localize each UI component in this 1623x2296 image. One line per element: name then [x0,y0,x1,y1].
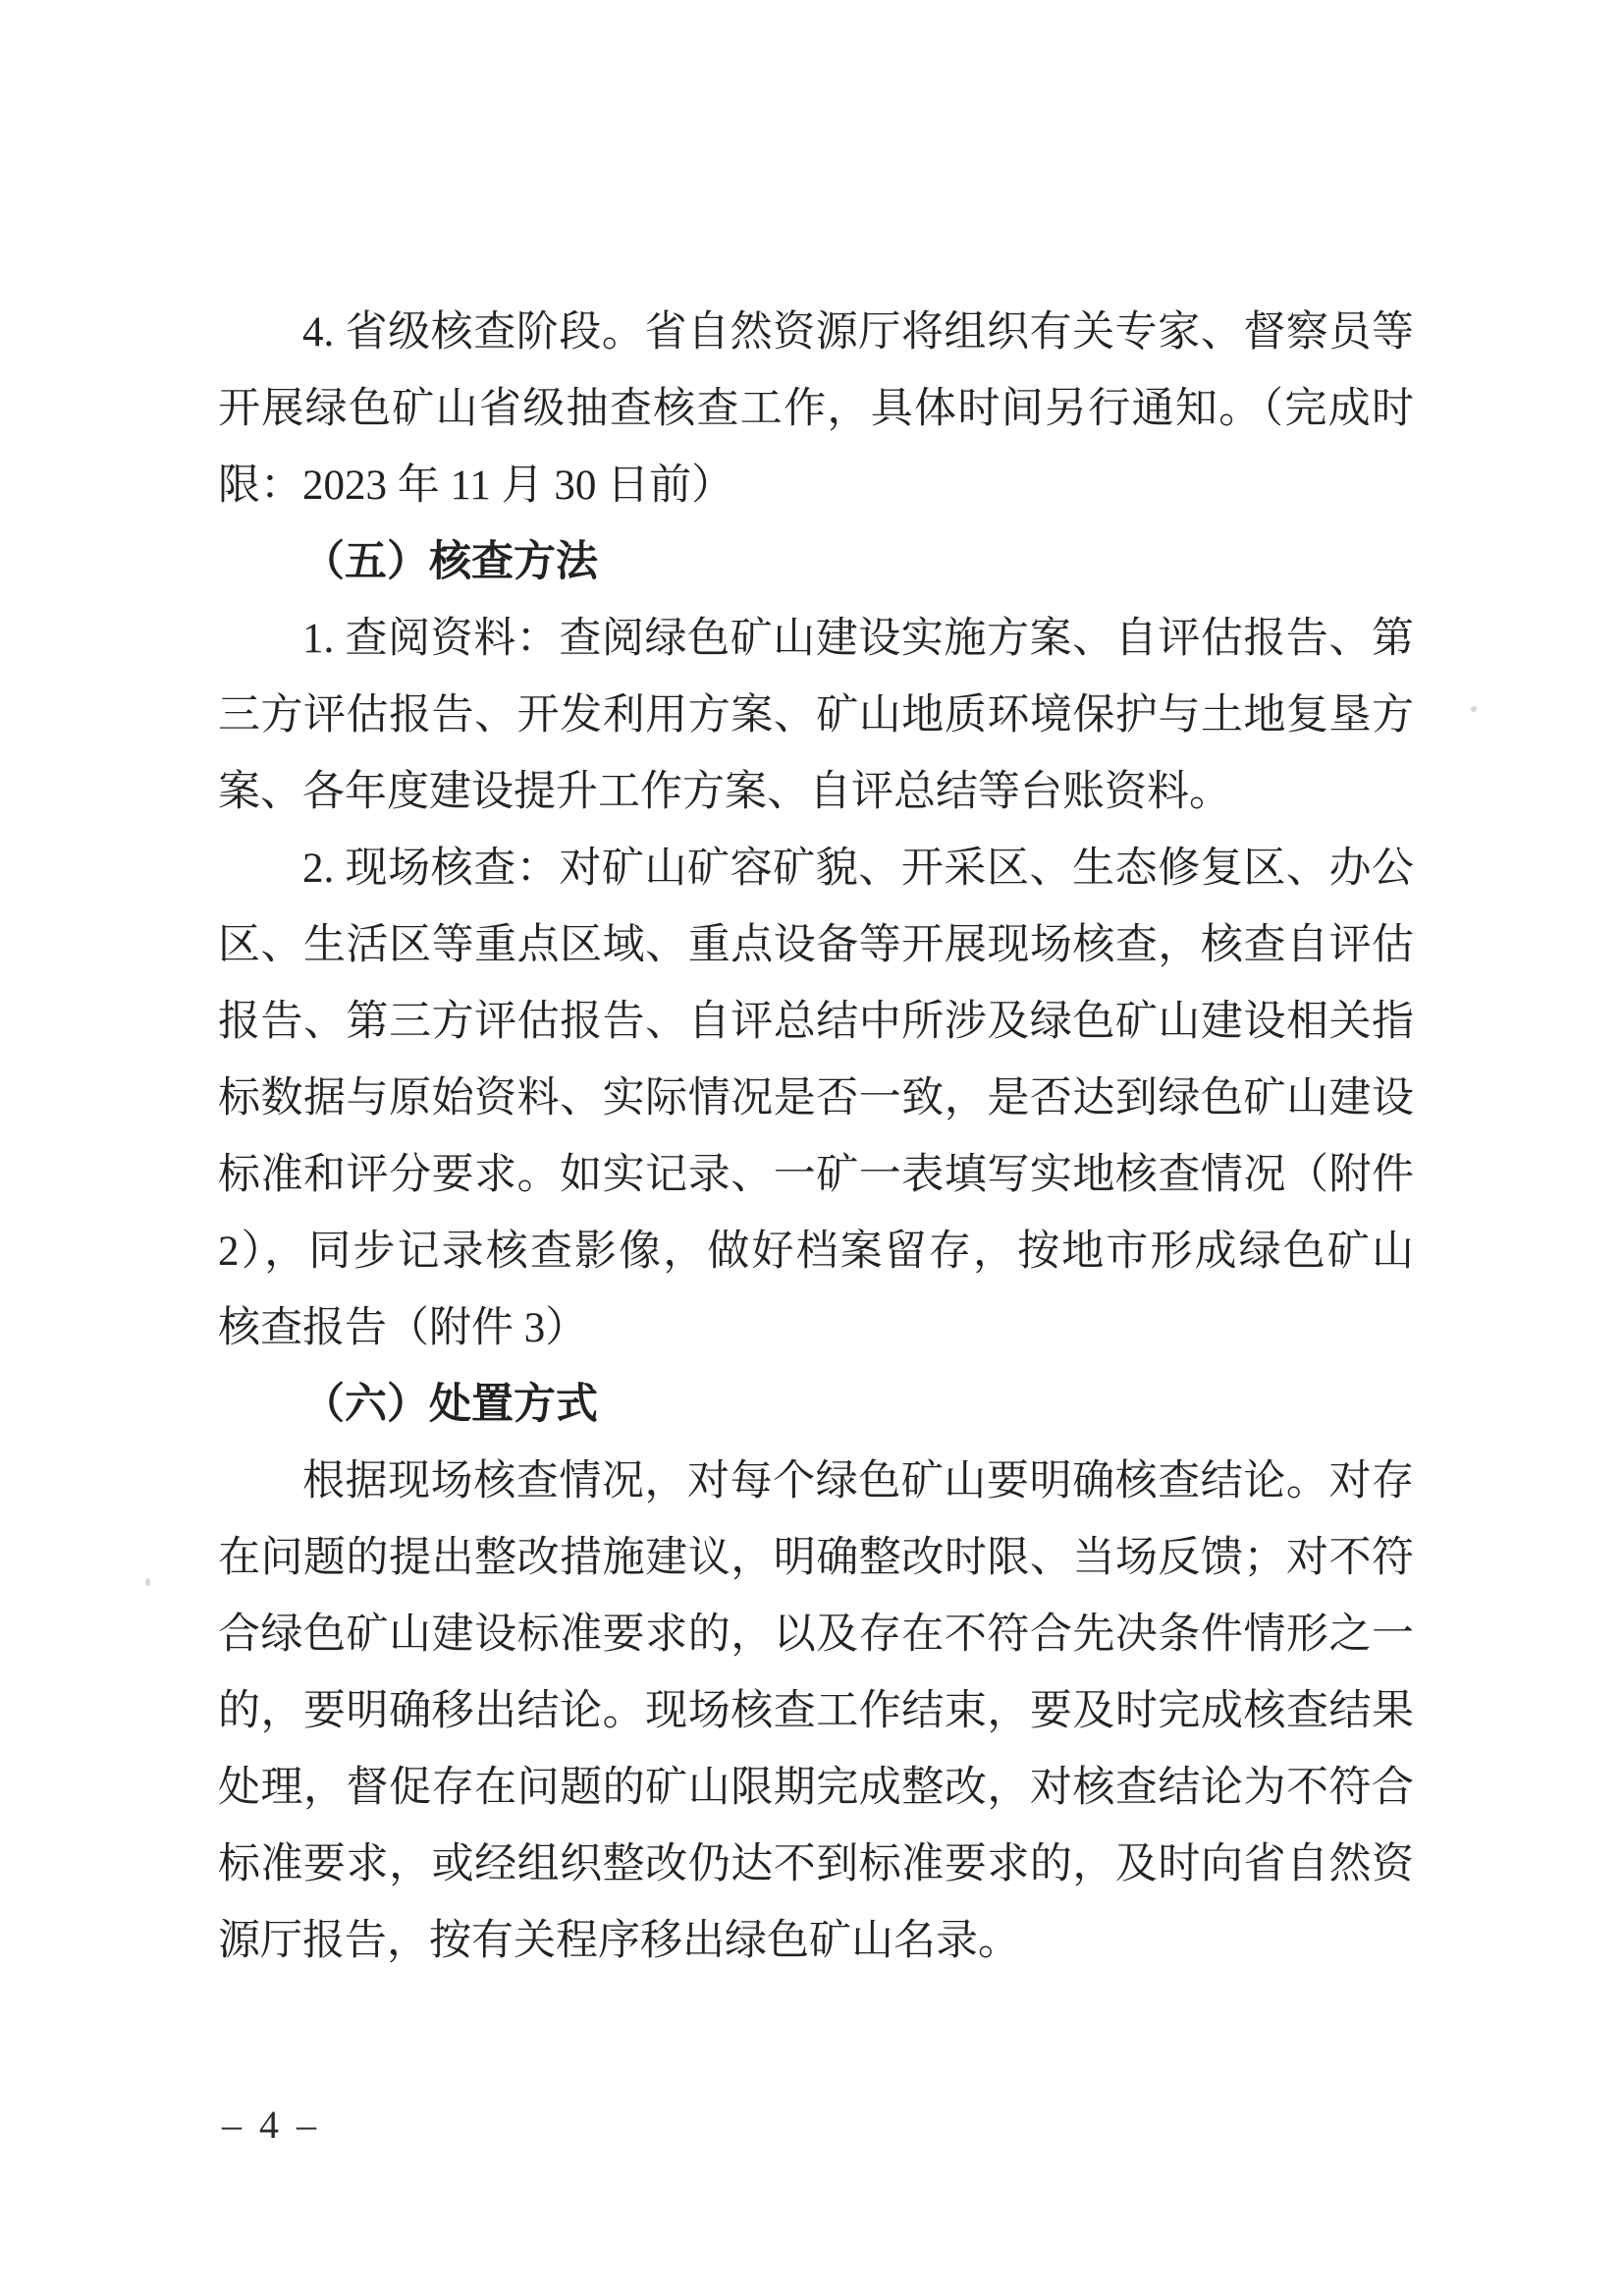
text-line: 区、生活区等重点区域、重点设备等开展现场核查，核查自评估 [218,907,1414,984]
text-line: 标准要求，或经组织整改仍达不到标准要求的，及时向省自然资 [218,1827,1414,1903]
text-line: 核查报告（附件 3） [218,1290,1414,1367]
scan-speck [145,1578,150,1586]
text-line: 在问题的提出整改措施建议，明确整改时限、当场反馈；对不符 [218,1520,1414,1597]
text-line: 开展绿色矿山省级抽查核查工作，具体时间另行通知。（完成时 [218,371,1414,448]
text-line: 2），同步记录核查影像，做好档案留存，按地市形成绿色矿山 [218,1214,1414,1290]
text-line: 源厅报告，按有关程序移出绿色矿山名录。 [218,1903,1414,1980]
text-line: 处理，督促存在问题的矿山限期完成整改，对核查结论为不符合 [218,1750,1414,1827]
text-line: 2. 现场核查：对矿山矿容矿貌、开采区、生态修复区、办公 [218,831,1414,907]
page-number: – 4 – [222,2102,317,2148]
text-line: 三方评估报告、开发利用方案、矿山地质环境保护与土地复垦方 [218,678,1414,754]
text-line: 标准和评分要求。如实记录、一矿一表填写实地核查情况（附件 [218,1137,1414,1214]
text-line: 标数据与原始资料、实际情况是否一致，是否达到绿色矿山建设 [218,1061,1414,1137]
text-line: 4. 省级核查阶段。省自然资源厅将组织有关专家、督察员等 [218,295,1414,371]
text-line: 报告、第三方评估报告、自评总结中所涉及绿色矿山建设相关指 [218,984,1414,1061]
text-line: 1. 查阅资料：查阅绿色矿山建设实施方案、自评估报告、第 [218,601,1414,678]
text-line: 根据现场核查情况，对每个绿色矿山要明确核查结论。对存 [218,1444,1414,1520]
text-line: 限：2023 年 11 月 30 日前） [218,448,1414,524]
scan-speck [1471,706,1477,712]
document-body: 4. 省级核查阶段。省自然资源厅将组织有关专家、督察员等开展绿色矿山省级抽查核查… [218,295,1414,1980]
section-heading: （六）处置方式 [218,1367,1414,1444]
section-heading: （五）核查方法 [218,524,1414,601]
document-page: 4. 省级核查阶段。省自然资源厅将组织有关专家、督察员等开展绿色矿山省级抽查核查… [0,0,1623,2296]
text-line: 合绿色矿山建设标准要求的，以及存在不符合先决条件情形之一 [218,1597,1414,1673]
text-line: 的，要明确移出结论。现场核查工作结束，要及时完成核查结果 [218,1673,1414,1750]
text-line: 案、各年度建设提升工作方案、自评总结等台账资料。 [218,754,1414,831]
